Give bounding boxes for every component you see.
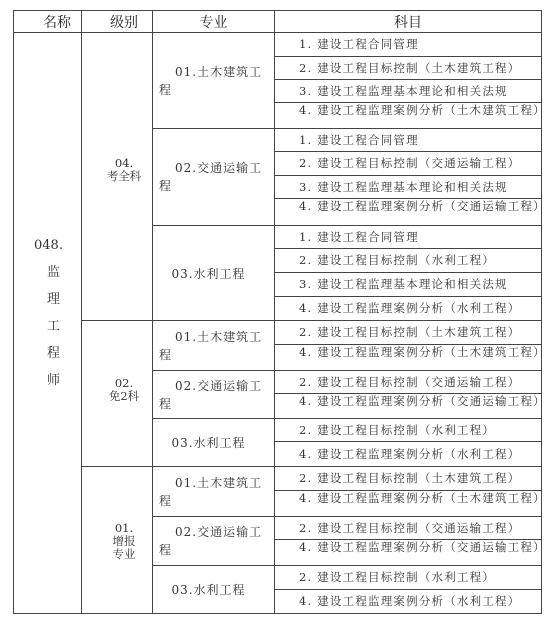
major-label-wrap: 程	[159, 348, 172, 362]
subject-cell: 1. 建设工程合同管理	[275, 226, 542, 249]
header-row: 名称 级别 专业 科目	[14, 11, 542, 33]
subject-cell: 4. 建设工程监理案例分析（水利工程）	[275, 590, 542, 614]
header-major: 专业	[153, 11, 275, 33]
subject-cell: 2. 建设工程目标控制（土木建筑工程）	[275, 467, 542, 491]
name-char: 程	[44, 340, 63, 367]
major-cell: 03.水利工程	[153, 226, 275, 321]
subject-cell: 2. 建设工程目标控制（水利工程）	[275, 419, 542, 442]
subject-cell: 2. 建设工程目标控制（水利工程）	[275, 249, 542, 273]
major-label-wrap: 程	[159, 179, 172, 193]
name-char: 工	[44, 313, 63, 340]
major-cell: 03.水利工程	[153, 419, 275, 467]
subject-cell: 2. 建设工程目标控制（水利工程）	[275, 566, 542, 590]
subject-cell: 3. 建设工程监理基本理论和相关法规	[275, 273, 542, 297]
level-label: 免2科	[109, 390, 139, 403]
subject-cell: 2. 建设工程目标控制（交通运输工程）	[275, 371, 542, 394]
subject-cell: 2. 建设工程目标控制（交通运输工程）	[275, 517, 542, 540]
level-label-2: 专业	[113, 548, 136, 561]
subject-cell: 2. 建设工程目标控制（土木建筑工程）	[275, 321, 542, 345]
exam-subject-table: 名称 级别 专业 科目 048. 监 理 工 程 师 04. 考全	[13, 10, 541, 614]
subject-cell: 1. 建设工程合同管理	[275, 129, 542, 152]
major-label: 03.水利工程	[153, 265, 274, 282]
name-char: 师	[44, 367, 63, 394]
subject-cell: 4. 建设工程监理案例分析（土木建筑工程）	[275, 345, 542, 371]
subject-cell: 4. 建设工程监理案例分析（交通运输工程）	[275, 394, 542, 419]
level-code: 02.	[109, 377, 139, 390]
level-label: 考全科	[107, 170, 142, 183]
major-label: 01.土木建筑工	[159, 63, 262, 81]
level-cell: 02. 免2科	[82, 321, 153, 467]
level-label: 增报	[113, 535, 136, 548]
major-cell: 01.土木建筑工程	[153, 467, 275, 517]
name-code: 048.	[34, 232, 63, 259]
header-name: 名称	[14, 11, 82, 33]
major-label: 02.交通运输工	[159, 159, 262, 177]
header-level: 级别	[82, 11, 153, 33]
major-label: 03.水利工程	[153, 434, 274, 451]
major-cell: 01.土木建筑工程	[153, 321, 275, 371]
major-label: 02.交通运输工	[159, 377, 262, 395]
major-label: 03.水利工程	[153, 581, 274, 598]
major-label-wrap: 程	[159, 397, 172, 411]
subject-cell: 4. 建设工程监理案例分析（交通运输工程）	[275, 540, 542, 566]
major-cell: 03.水利工程	[153, 566, 275, 614]
subject-cell: 4. 建设工程监理案例分析（交通运输工程）	[275, 199, 542, 226]
level-cell: 04. 考全科	[82, 33, 153, 321]
subject-cell: 3. 建设工程监理基本理论和相关法规	[275, 80, 542, 103]
name-cell: 048. 监 理 工 程 师	[14, 33, 82, 614]
table-row: 02. 免2科 01.土木建筑工程 2. 建设工程目标控制（土木建筑工程）	[14, 321, 542, 345]
subject-cell: 1. 建设工程合同管理	[275, 33, 542, 57]
table-row: 048. 监 理 工 程 师 04. 考全科 01.土木建筑工程 1. 建设工程…	[14, 33, 542, 57]
major-cell: 01.土木建筑工程	[153, 33, 275, 129]
level-cell: 01. 增报 专业	[82, 467, 153, 614]
major-label-wrap: 程	[159, 83, 172, 97]
subject-cell: 4. 建设工程监理案例分析（水利工程）	[275, 442, 542, 467]
subject-cell: 2. 建设工程目标控制（交通运输工程）	[275, 152, 542, 176]
major-label-wrap: 程	[159, 543, 172, 557]
subject-cell: 4. 建设工程监理案例分析（水利工程）	[275, 297, 542, 321]
name-char: 理	[44, 286, 63, 313]
major-label-wrap: 程	[159, 494, 172, 508]
subject-cell: 4. 建设工程监理案例分析（土木建筑工程）	[275, 103, 542, 129]
major-label: 02.交通运输工	[159, 523, 262, 541]
level-code: 01.	[113, 522, 136, 535]
major-label: 01.土木建筑工	[159, 474, 262, 492]
subject-cell: 2. 建设工程目标控制（土木建筑工程）	[275, 57, 542, 80]
table-row: 01. 增报 专业 01.土木建筑工程 2. 建设工程目标控制（土木建筑工程）	[14, 467, 542, 491]
name-char: 监	[44, 259, 63, 286]
subject-cell: 3. 建设工程监理基本理论和相关法规	[275, 176, 542, 199]
major-cell: 02.交通运输工程	[153, 129, 275, 226]
major-label: 01.土木建筑工	[159, 328, 262, 346]
major-cell: 02.交通运输工程	[153, 517, 275, 566]
subject-cell: 4. 建设工程监理案例分析（土木建筑工程）	[275, 491, 542, 517]
major-cell: 02.交通运输工程	[153, 371, 275, 419]
header-subject: 科目	[275, 11, 542, 33]
